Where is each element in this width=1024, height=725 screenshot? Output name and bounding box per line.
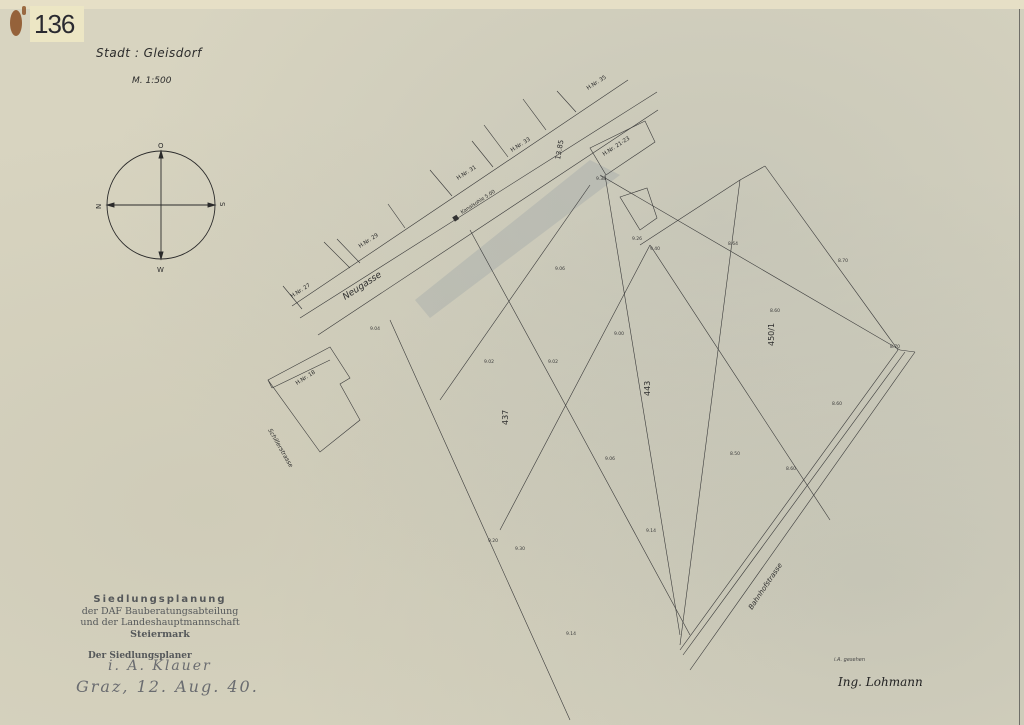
building-label: H.Nr. 33 — [510, 136, 532, 153]
stamp-line: der DAF Bauberatungsabteilung — [60, 606, 260, 618]
planner-signature: i. A. Klauer — [108, 658, 212, 674]
manhole-icon — [452, 215, 459, 222]
stamp-line: und der Landeshauptmannschaft — [60, 617, 260, 629]
building-label: H.Nr. 29 — [358, 232, 380, 249]
elevation-label: 9.00 — [614, 331, 624, 337]
compass-rose-icon — [107, 151, 215, 259]
elevation-label: 8.50 — [730, 451, 740, 457]
elevation-label: 9.30 — [515, 546, 525, 552]
shaded-area — [415, 160, 620, 318]
elevation-label: 9.26 — [632, 236, 642, 242]
elevation-label: 9.06 — [605, 456, 615, 462]
elevation-label: 9.14 — [646, 528, 656, 534]
street-label-neugasse: Neugasse — [341, 270, 384, 303]
street-label-schillerstrasse: Schillerstrasse — [266, 428, 294, 470]
signature-date: Graz, 12. Aug. 40. — [76, 677, 259, 696]
elevation-label: 8.70 — [890, 344, 900, 350]
building-label: H.Nr. 31 — [456, 165, 478, 182]
elevation-label: 9.02 — [484, 359, 494, 365]
compass-label-top: O — [158, 142, 164, 150]
compass-label-right: S — [218, 202, 226, 207]
stamp-line: Siedlungsplanung — [60, 594, 260, 606]
elevation-label: 9.14 — [566, 631, 576, 637]
elevation-label: 8.60 — [770, 308, 780, 314]
elevation-label: 9.38 — [596, 176, 606, 182]
approval-note: i.A. gesehen — [834, 657, 865, 663]
building-label: H.Nr. 35 — [586, 74, 608, 91]
stamp-line: Steiermark — [60, 629, 260, 641]
street-label-bahnhofstrasse: Bahnhofstrasse — [747, 562, 784, 612]
building-label: H.Nr. 21-23 — [602, 135, 632, 157]
elevation-label: 8.70 — [838, 258, 848, 264]
elevation-label: 9.04 — [370, 326, 380, 332]
parcel-number: 450/1 — [767, 323, 776, 346]
elevation-label: 8.60 — [832, 401, 842, 407]
compass-label-left: N — [95, 204, 103, 209]
kanal-label: Kanalsohle 5.00 — [460, 189, 497, 216]
elevation-label: 8.64 — [728, 241, 738, 247]
parcel-number: 443 — [643, 381, 652, 396]
building-label: H.Nr. 27 — [290, 282, 312, 299]
planning-stamp: Siedlungsplanung der DAF Bauberatungsabt… — [60, 594, 260, 640]
elevation-label: 8.60 — [786, 466, 796, 472]
compass-label-bottom: W — [157, 266, 164, 274]
elevation-label: 9.20 — [488, 538, 498, 544]
width-label: 13.85 — [554, 139, 565, 160]
approval-signature: Ing. Lohmann — [838, 675, 923, 689]
elevation-label: 9.06 — [555, 266, 565, 272]
elevation-label: 9.02 — [548, 359, 558, 365]
elevation-label: 9.40 — [650, 246, 660, 252]
parcel-number: 437 — [501, 410, 510, 425]
